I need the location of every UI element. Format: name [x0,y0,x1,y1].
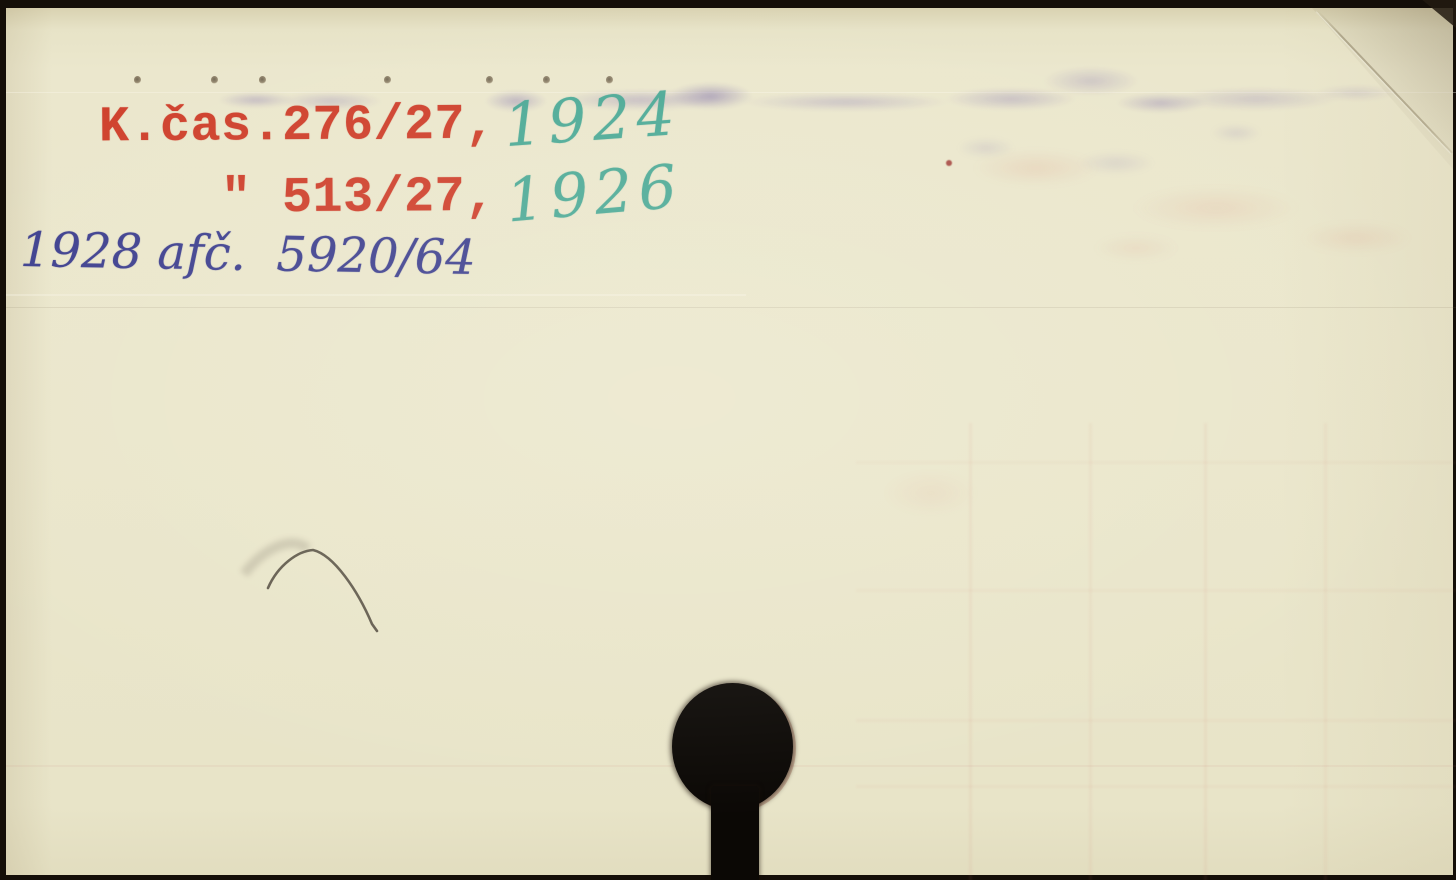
scan-background: { "document": { "kind": "scanned archiva… [0,0,1456,880]
index-card: K.čas.276/27, 1924 " 513/27, 1926 1928 a… [6,8,1453,875]
keyhole-punch-stem [711,786,759,880]
